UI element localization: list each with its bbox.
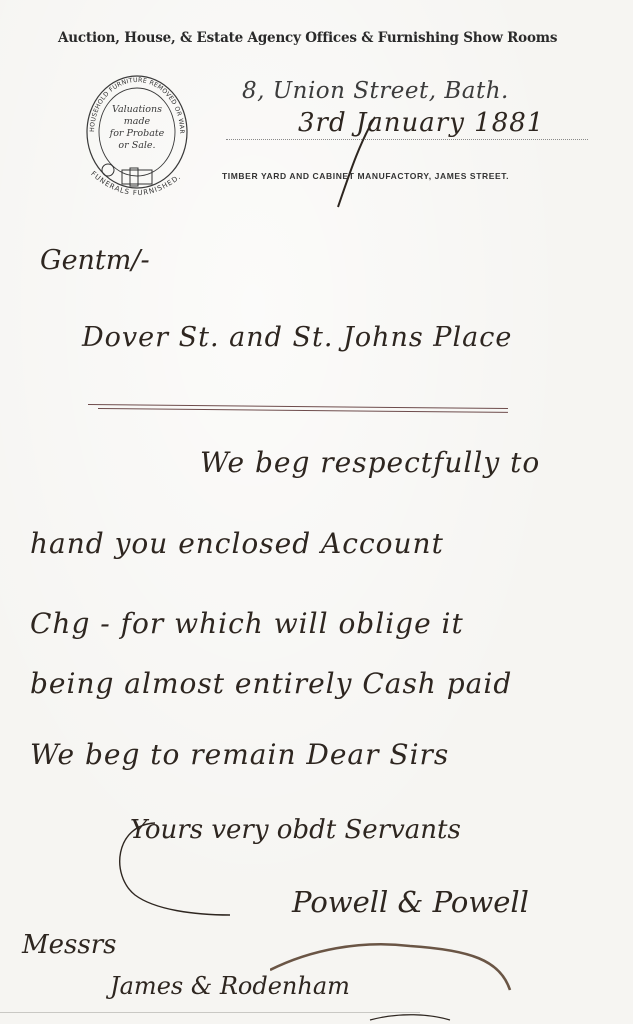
body-line: hand you enclosed Account bbox=[30, 527, 444, 560]
letterhead-title: Auction, House, & Estate Agency Offices … bbox=[58, 30, 578, 46]
body-line: Chg - for which will oblige it bbox=[30, 607, 464, 640]
body-line: We beg to remain Dear Sirs bbox=[30, 738, 449, 771]
seal-line: Valuations bbox=[78, 104, 196, 116]
subject-underline-second bbox=[98, 408, 508, 413]
letterhead-subline: TIMBER YARD AND CABINET MANUFACTORY, JAM… bbox=[222, 171, 509, 181]
seal-center-text: Valuations made for Probate or Sale. bbox=[78, 104, 196, 152]
paper-fold-edge bbox=[0, 1012, 420, 1013]
seal-line: for Probate bbox=[78, 128, 196, 140]
date-flourish-icon bbox=[320, 112, 390, 212]
date-rule bbox=[226, 139, 588, 140]
seal-emblem: HOUSEHOLD FURNITURE REMOVED OR WAREHOUSE… bbox=[78, 70, 196, 210]
body-line: We beg respectfully to bbox=[200, 446, 540, 479]
subject-line: Dover St. and St. Johns Place bbox=[82, 322, 512, 353]
body-line: being almost entirely Cash paid bbox=[30, 667, 512, 700]
letter-sheet: Auction, House, & Estate Agency Offices … bbox=[0, 0, 633, 1024]
letterhead-address: 8, Union Street, Bath. bbox=[242, 78, 509, 104]
signature: Powell & Powell bbox=[292, 885, 529, 919]
closing: Yours very obdt Servants bbox=[130, 815, 461, 845]
seal-line: made bbox=[78, 116, 196, 128]
salutation: Gentm/- bbox=[40, 245, 150, 276]
addressee-prefix: Messrs bbox=[22, 930, 116, 960]
seal-line: or Sale. bbox=[78, 140, 196, 152]
